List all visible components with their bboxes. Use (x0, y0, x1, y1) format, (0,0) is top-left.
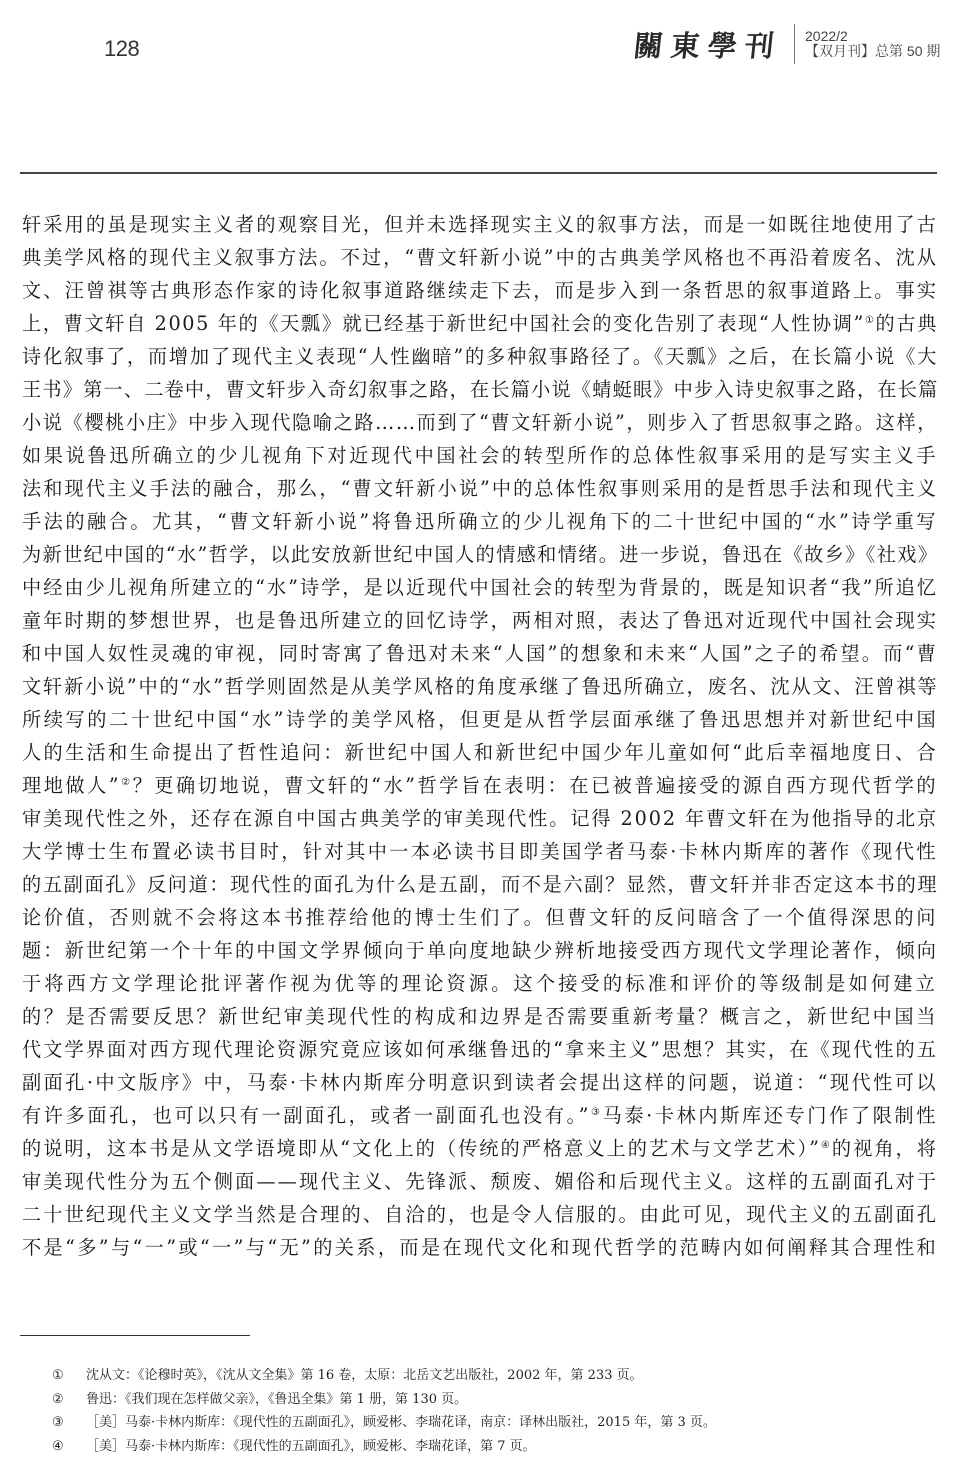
text-line: 典美学风格的现代主义叙事方法。不过，“曹文轩新小说”中的古典美学风格也不再沿着废… (22, 241, 938, 274)
text-line: 和中国人奴性灵魂的审视，同时寄寓了鲁迅对未来“人国”的想象和未来“人国”之子的希… (22, 637, 938, 670)
text-line: 如果说鲁迅所确立的少儿视角下对近现代中国社会的转型所作的总体性叙事采用的是写实主… (22, 439, 938, 472)
text-line: 的五副面孔》反问道：现代性的面孔为什么是五副，而不是六副？显然，曹文轩并非否定这… (22, 868, 938, 901)
text-segment: 上，曹文轩自 2005 年的《天瓢》就已经基于新世纪中国社会的变化告别了表现“人… (22, 312, 865, 335)
text-line: 二十世纪现代主义文学当然是合理的、自洽的，也是令人信服的。由此可见，现代主义的五… (22, 1198, 938, 1231)
text-line: 代文学界面对西方现代理论资源究竟应该如何承继鲁迅的“拿来主义”思想？其实，在《现… (22, 1033, 938, 1066)
text-line: 王书》第一、二卷中，曹文轩步入奇幻叙事之路，在长篇小说《蜻蜓眼》中步入诗史叙事之… (22, 373, 938, 406)
footnote-rule (20, 1335, 250, 1336)
masthead: 關東學刊 2022/2 【双月刊】总第 50 期 (634, 22, 940, 66)
issue-number: 【双月刊】总第 50 期 (805, 44, 940, 59)
footnote-text: 沈从文：《论穆时英》，《沈从文全集》第 16 卷，太原：北岳文艺出版社，2002… (86, 1364, 643, 1388)
text-segment: ？更确切地说，曹文轩的“水”哲学旨在表明：在已被普遍接受的源自西方现代哲学的 (133, 774, 938, 797)
text-line: 的？是否需要反思？新世纪审美现代性的构成和边界是否需要重新考量？概言之，新世纪中… (22, 1000, 938, 1033)
text-line: 手法的融合。尤其，“曹文轩新小说”将鲁迅所确立的少儿视角下的二十世纪中国的“水”… (22, 505, 938, 538)
text-segment: 的说明，这本书是从文学语境即从“文化上的（传统的严格意义上的艺术与文学艺术）” (22, 1137, 821, 1160)
footnote-marker: ① (52, 1364, 86, 1388)
text-line: 的说明，这本书是从文学语境即从“文化上的（传统的严格意义上的艺术与文学艺术）”④… (22, 1132, 938, 1165)
footnotes: ①沈从文：《论穆时英》，《沈从文全集》第 16 卷，太原：北岳文艺出版社，200… (52, 1364, 716, 1458)
text-line: 法和现代主义手法的融合，那么，“曹文轩新小说”中的总体性叙事则采用的是哲思手法和… (22, 472, 938, 505)
text-line: 轩采用的虽是现实主义者的观察目光，但并未选择现实主义的叙事方法，而是一如既往地使… (22, 208, 938, 241)
text-line: 人的生活和生命提出了哲性追问：新世纪中国人和新世纪中国少年儿童如何“此后幸福地度… (22, 736, 938, 769)
issue-date: 2022/2 (805, 29, 940, 44)
footnote-text: ［美］马泰·卡林内斯库：《现代性的五副面孔》，顾爱彬、李瑞花译，第 7 页。 (86, 1435, 536, 1459)
footnote-marker: ④ (52, 1435, 86, 1459)
journal-name-logo: 關東學刊 (632, 24, 784, 65)
page-number: 128 (104, 36, 139, 62)
footnote-marker: ③ (52, 1411, 86, 1435)
text-line: 题：新世纪第一个十年的中国文学界倾向于单向度地缺少辨析地接受西方现代文学理论著作… (22, 934, 938, 967)
footnote-reference[interactable]: ② (121, 777, 132, 788)
text-line: 理地做人”②？更确切地说，曹文轩的“水”哲学旨在表明：在已被普遍接受的源自西方现… (22, 769, 938, 802)
footnote-reference[interactable]: ③ (591, 1107, 603, 1118)
body-text: 轩采用的虽是现实主义者的观察目光，但并未选择现实主义的叙事方法，而是一如既往地使… (22, 208, 938, 1264)
text-line: 诗化叙事了，而增加了现代主义表现“人性幽暗”的多种叙事路径了。《天瓢》之后，在长… (22, 340, 938, 373)
text-line: 上，曹文轩自 2005 年的《天瓢》就已经基于新世纪中国社会的变化告别了表现“人… (22, 307, 938, 340)
text-segment: 理地做人” (22, 774, 121, 797)
text-line: 论价值，否则就不会将这本书推荐给他的博士生们了。但曹文轩的反问暗含了一个值得深思… (22, 901, 938, 934)
text-line: 童年时期的梦想世界，也是鲁迅所建立的回忆诗学，两相对照，表达了鲁迅对近现代中国社… (22, 604, 938, 637)
footnote-marker: ② (52, 1388, 86, 1412)
text-line: 为新世纪中国的“水”哲学，以此安放新世纪中国人的情感和情绪。进一步说，鲁迅在《故… (22, 538, 938, 571)
footnote-text: 鲁迅：《我们现在怎样做父亲》，《鲁迅全集》第 1 册，第 130 页。 (86, 1388, 467, 1412)
footnote-item: ①沈从文：《论穆时英》，《沈从文全集》第 16 卷，太原：北岳文艺出版社，200… (52, 1364, 716, 1388)
masthead-divider (794, 24, 795, 64)
text-segment: 马泰·卡林内斯库还专门作了限制性 (603, 1104, 938, 1127)
text-segment: 有许多面孔，也可以只有一副面孔，或者一副面孔也没有。” (22, 1104, 591, 1127)
text-segment: 的古典 (876, 312, 938, 335)
text-line: 大学博士生布置必读书目时，针对其中一本必读书目即美国学者马泰·卡林内斯库的著作《… (22, 835, 938, 868)
header-rule (20, 172, 937, 174)
text-line: 有许多面孔，也可以只有一副面孔，或者一副面孔也没有。”③马泰·卡林内斯库还专门作… (22, 1099, 938, 1132)
text-line: 小说《樱桃小庄》中步入现代隐喻之路……而到了“曹文轩新小说”，则步入了哲思叙事之… (22, 406, 938, 439)
text-line: 副面孔·中文版序》中，马泰·卡林内斯库分明意识到读者会提出这样的问题，说道：“现… (22, 1066, 938, 1099)
footnote-item: ②鲁迅：《我们现在怎样做父亲》，《鲁迅全集》第 1 册，第 130 页。 (52, 1388, 716, 1412)
footnote-item: ④［美］马泰·卡林内斯库：《现代性的五副面孔》，顾爱彬、李瑞花译，第 7 页。 (52, 1435, 716, 1459)
issue-info: 2022/2 【双月刊】总第 50 期 (805, 29, 940, 59)
text-line: 文、汪曾祺等古典形态作家的诗化叙事道路继续走下去，而是步入到一条哲思的叙事道路上… (22, 274, 938, 307)
footnote-reference[interactable]: ① (865, 315, 876, 326)
footnote-reference[interactable]: ④ (821, 1140, 832, 1151)
text-line: 审美现代性之外，还存在源自中国古典美学的审美现代性。记得 2002 年曹文轩在为… (22, 802, 938, 835)
text-line: 所续写的二十世纪中国“水”诗学的美学风格，但更是从哲学层面承继了鲁迅思想并对新世… (22, 703, 938, 736)
text-line: 审美现代性分为五个侧面——现代主义、先锋派、颓废、媚俗和后现代主义。这样的五副面… (22, 1165, 938, 1198)
footnote-text: ［美］马泰·卡林内斯库：《现代性的五副面孔》，顾爱彬、李瑞花译，南京：译林出版社… (86, 1411, 716, 1435)
text-line: 中经由少儿视角所建立的“水”诗学，是以近现代中国社会的转型为背景的，既是知识者“… (22, 571, 938, 604)
text-segment: 的视角，将 (832, 1137, 938, 1160)
text-line: 不是“多”与“一”或“一”与“无”的关系，而是在现代文化和现代哲学的范畴内如何阐… (22, 1231, 938, 1264)
text-line: 文轩新小说”中的“水”哲学则固然是从美学风格的角度承继了鲁迅所确立，废名、沈从文… (22, 670, 938, 703)
footnote-item: ③［美］马泰·卡林内斯库：《现代性的五副面孔》，顾爱彬、李瑞花译，南京：译林出版… (52, 1411, 716, 1435)
text-line: 于将西方文学理论批评著作视为优等的理论资源。这个接受的标准和评价的等级制是如何建… (22, 967, 938, 1000)
